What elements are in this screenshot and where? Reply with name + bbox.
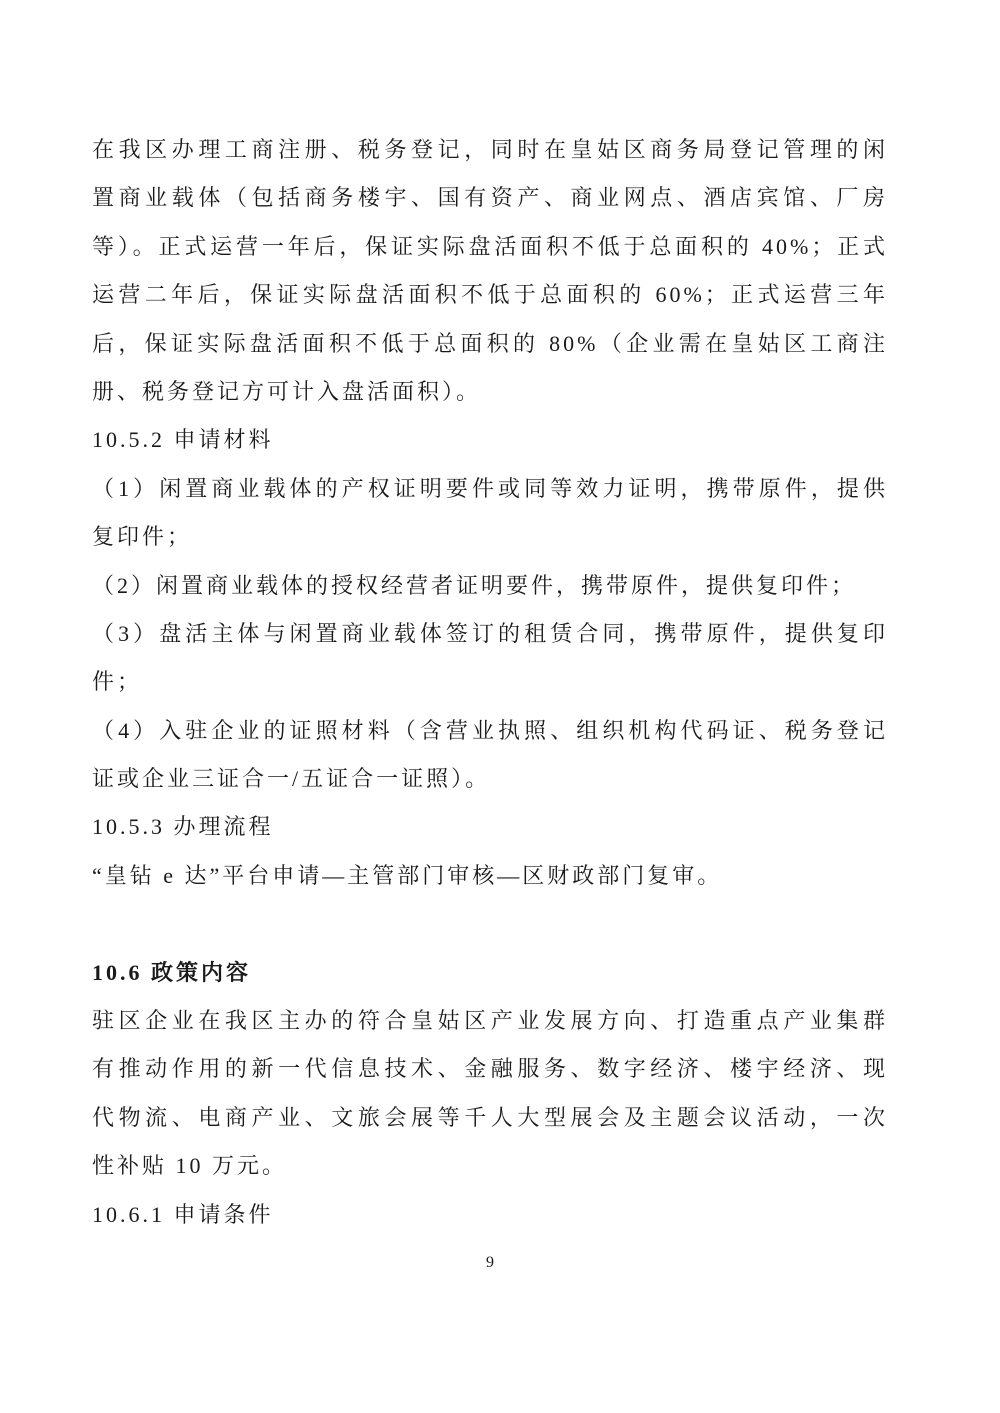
page-number: 9 xyxy=(92,1239,888,1287)
text-line: 置商业载体（包括商务楼宇、国有资产、商业网点、酒店宾馆、厂房 xyxy=(92,174,888,222)
text-line: 有推动作用的新一代信息技术、金融服务、数字经济、楼宇经济、现 xyxy=(92,1045,888,1093)
text-line: 10.5.3 办理流程 xyxy=(92,803,888,851)
document-body: 在我区办理工商注册、税务登记，同时在皇姑区商务局登记管理的闲置商业载体（包括商务… xyxy=(92,126,888,1287)
text-line: 10.5.2 申请材料 xyxy=(92,416,888,464)
text-line: 运营二年后，保证实际盘活面积不低于总面积的 60%；正式运营三年 xyxy=(92,271,888,319)
text-line: （4）入驻企业的证照材料（含营业执照、组织机构代码证、税务登记 xyxy=(92,707,888,755)
blank-line xyxy=(92,900,888,948)
text-line: 驻区企业在我区主办的符合皇姑区产业发展方向、打造重点产业集群 xyxy=(92,997,888,1045)
section-heading: 10.6 政策内容 xyxy=(92,949,888,997)
text-line: “皇钻 e 达”平台申请—主管部门审核—区财政部门复审。 xyxy=(92,852,888,900)
text-line: 证或企业三证合一/五证合一证照）。 xyxy=(92,755,888,803)
text-line: 复印件； xyxy=(92,513,888,561)
text-line: 等）。正式运营一年后，保证实际盘活面积不低于总面积的 40%；正式 xyxy=(92,223,888,271)
text-line: 件； xyxy=(92,658,888,706)
text-line: 在我区办理工商注册、税务登记，同时在皇姑区商务局登记管理的闲 xyxy=(92,126,888,174)
text-line: 册、税务登记方可计入盘活面积）。 xyxy=(92,368,888,416)
text-line: 代物流、电商产业、文旅会展等千人大型展会及主题会议活动，一次 xyxy=(92,1094,888,1142)
text-line: （1）闲置商业载体的产权证明要件或同等效力证明，携带原件，提供 xyxy=(92,465,888,513)
text-line: （2）闲置商业载体的授权经营者证明要件，携带原件，提供复印件； xyxy=(92,562,888,610)
text-line: 性补贴 10 万元。 xyxy=(92,1142,888,1190)
text-line: 10.6.1 申请条件 xyxy=(92,1191,888,1239)
text-line: （3）盘活主体与闲置商业载体签订的租赁合同，携带原件，提供复印 xyxy=(92,610,888,658)
text-line: 后，保证实际盘活面积不低于总面积的 80%（企业需在皇姑区工商注 xyxy=(92,320,888,368)
document-page: 在我区办理工商注册、税务登记，同时在皇姑区商务局登记管理的闲置商业载体（包括商务… xyxy=(0,0,1000,1413)
